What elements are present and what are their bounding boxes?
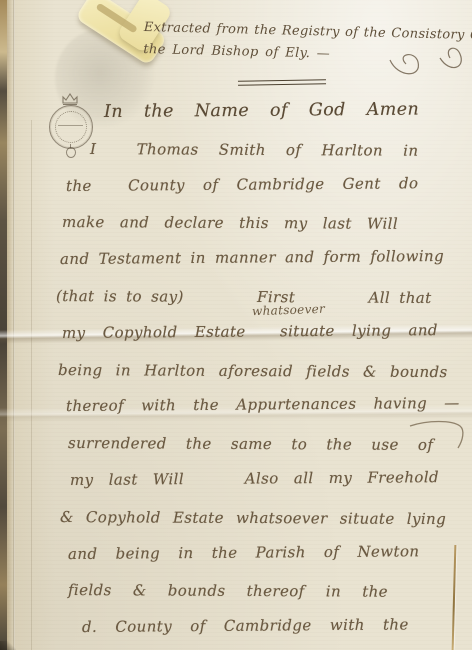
manuscript-line: & Copyhold Estate whatsoever situate lyi… bbox=[60, 499, 472, 538]
manuscript-line: the County of Cambridge Gent do bbox=[66, 164, 472, 204]
manuscript-line: I Thomas Smith of Harlton in bbox=[90, 131, 472, 170]
manuscript-page: Extracted from the Registry of the Consi… bbox=[0, 0, 472, 650]
pen-flourish bbox=[388, 40, 468, 80]
interlineation: whatsoever bbox=[252, 302, 326, 319]
pen-flourish bbox=[408, 418, 466, 454]
manuscript-line: d. County of Cambridge with the bbox=[82, 606, 472, 646]
manuscript-body: In the Name of God Amen I Thomas Smith o… bbox=[0, 94, 472, 646]
double-rule bbox=[238, 79, 326, 86]
manuscript-line: In the Name of God Amen bbox=[104, 91, 472, 131]
manuscript-line: my last Will Also all my Freehold bbox=[70, 459, 472, 499]
manuscript-line: and Testament in manner and form followi… bbox=[60, 238, 472, 278]
manuscript-line: and being in the Parish of Newton bbox=[68, 532, 472, 572]
